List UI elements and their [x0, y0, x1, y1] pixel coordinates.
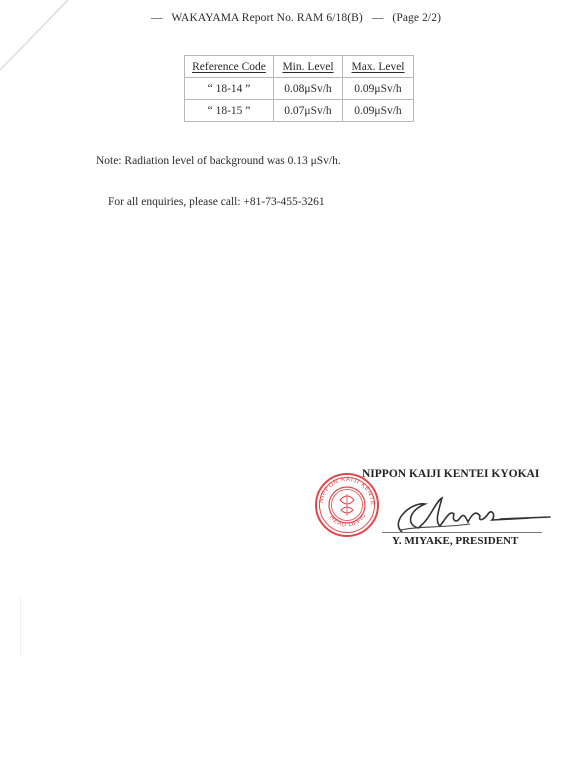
table-header-row: Reference Code Min. Level Max. Level: [185, 56, 414, 78]
header-min-level: Min. Level: [274, 56, 343, 78]
signature-line: [382, 532, 542, 533]
radiation-levels-table: Reference Code Min. Level Max. Level “ 1…: [184, 55, 414, 122]
header-dash-left: —: [151, 12, 163, 24]
signatory-name: Y. MIYAKE, PRESIDENT: [392, 535, 518, 547]
enquiry-phone-text: For all enquiries, please call: +81-73-4…: [108, 196, 325, 208]
min-level-cell: 0.08μSv/h: [274, 78, 343, 100]
handwritten-signature-icon: [380, 492, 555, 537]
signature-block: NIPPON KAIJI KENTEI KYOKAI HEAD OFFICE N…: [312, 462, 562, 562]
header-dash-right: —: [372, 12, 384, 24]
reference-code-cell: “ 18-15 ”: [185, 100, 274, 122]
company-seal-icon: NIPPON KAIJI KENTEI KYOKAI HEAD OFFICE: [314, 472, 380, 538]
report-title: WAKAYAMA Report No. RAM 6/18(B): [171, 12, 362, 24]
header-reference-code: Reference Code: [185, 56, 274, 78]
background-radiation-note: Note: Radiation level of background was …: [96, 155, 341, 167]
table-row: “ 18-15 ” 0.07μSv/h 0.09μSv/h: [185, 100, 414, 122]
scan-artifact: [20, 596, 21, 656]
report-header: — WAKAYAMA Report No. RAM 6/18(B) — (Pag…: [0, 12, 586, 24]
max-level-cell: 0.09μSv/h: [343, 78, 414, 100]
reference-code-cell: “ 18-14 ”: [185, 78, 274, 100]
company-name: NIPPON KAIJI KENTEI KYOKAI: [362, 468, 539, 480]
header-max-level: Max. Level: [343, 56, 414, 78]
page-indicator: (Page 2/2): [392, 12, 441, 24]
table-row: “ 18-14 ” 0.08μSv/h 0.09μSv/h: [185, 78, 414, 100]
min-level-cell: 0.07μSv/h: [274, 100, 343, 122]
max-level-cell: 0.09μSv/h: [343, 100, 414, 122]
